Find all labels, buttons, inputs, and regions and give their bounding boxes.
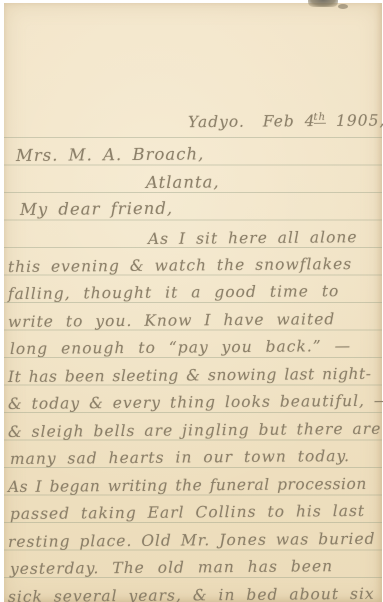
letter-line: It has been sleeting & snowing last nigh…: [8, 363, 372, 388]
letter-line: write to you. Know I have waited: [8, 308, 336, 333]
dateline-year: 1905,: [336, 111, 383, 129]
letter-line: resting place. Old Mr. Jones was buried: [8, 528, 376, 553]
letter-scan: Yadyo. Feb 4th 1905, Mrs. M. A. Broach, …: [0, 0, 383, 602]
dateline-date: Feb 4: [263, 112, 316, 130]
letter-line: many sad hearts in our town today.: [10, 445, 350, 470]
dateline-place: Yadyo.: [188, 113, 245, 131]
letter-line: As I began writing the funeral processio…: [8, 473, 367, 498]
letter-line: yesterday. The old man has been: [10, 555, 333, 580]
paper-stain-mark: [338, 4, 348, 9]
recipient-city-line: Atlanta,: [146, 171, 220, 194]
letter-line: falling, thought it a good time to: [8, 280, 340, 305]
letter-line: passed taking Earl Collins to his last: [10, 500, 365, 525]
recipient-line: Mrs. M. A. Broach,: [16, 143, 205, 167]
dateline-ordinal: th: [313, 112, 326, 124]
salutation-line: My dear friend,: [20, 198, 173, 221]
letter-line: As I sit here all alone: [148, 226, 358, 250]
letter-line: sick several years, & in bed about six: [8, 583, 375, 602]
letter-line: long enough to “pay you back.” —: [10, 335, 351, 360]
letter-line: & today & every thing looks beautiful, —: [8, 390, 383, 415]
letter-line: & sleigh bells are jingling but there ar…: [8, 418, 382, 443]
letter-line: this evening & watch the snowflakes: [8, 253, 352, 278]
paper-tear-mark: [308, 0, 338, 7]
dateline: Yadyo. Feb 4th 1905,: [188, 106, 383, 133]
